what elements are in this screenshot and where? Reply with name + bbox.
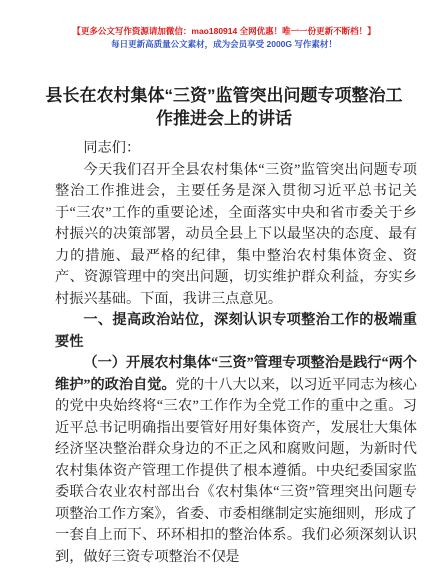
paragraph-intro: 今天我们召开全县农村集体“三资”监管突出问题专项整治工作推进会，主要任务是深入贯… [55,160,417,311]
paragraph-point-1-rest: 党的十八大以来，以习近平同志为核心的党中央始终将“三农”工作作为全党工作的重中之… [55,377,417,565]
document-body: 同志们： 今天我们召开全县农村集体“三资”监管突出问题专项整治工作推进会，主要任… [55,138,417,568]
document-page: 【更多公文写作资源请加微信：mao180914 全网优惠！唯一一份更新不断档！】… [0,0,448,580]
promo-line-2: 每日更新高质量公文素材，成为会员享受 2000G 写作素材！ [0,38,448,51]
promo-watermark: 【更多公文写作资源请加微信：mao180914 全网优惠！唯一一份更新不断档！】… [0,0,448,51]
promo-line-1: 【更多公文写作资源请加微信：mao180914 全网优惠！唯一一份更新不断档！】 [0,25,448,38]
salutation: 同志们： [55,138,417,160]
section-heading-1: 一、提高政治站位，深刻认识专项整治工作的极端重要性 [55,310,417,353]
paragraph-point-1: （一）开展农村集体“三资”管理专项整治是践行“两个维护”的政治自觉。党的十八大以… [55,353,417,568]
document-title: 县长在农村集体“三资”监管突出问题专项整治工作推进会上的讲话 [42,84,406,130]
page-number: 1 [0,549,448,560]
